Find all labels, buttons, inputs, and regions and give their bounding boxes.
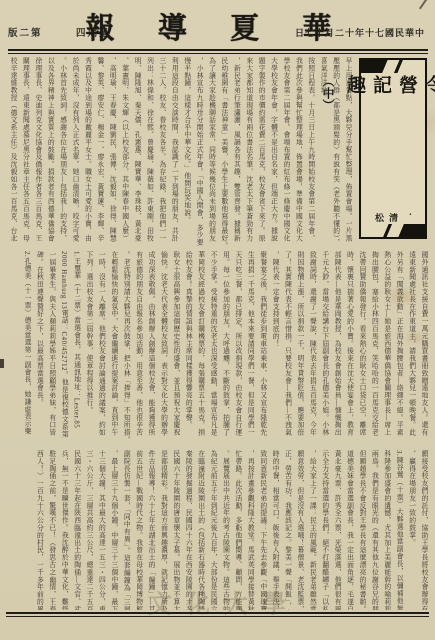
text-column: 關理事長、遠東新聞處慕尼黑分社章主任各五百馬克、母 xyxy=(18,57,30,248)
text-column: 遠東新聞處社長在作東道主，請我們大夥兒一頓晚餐。此 xyxy=(404,251,416,447)
text-column: 時，懷裏只揣著心愛的小寶。後來在沈大使宴會上，教育 xyxy=(342,251,354,447)
text-column: 願意效勞，但是沒有人選哦！幕僧景、老沈監票，公平公 xyxy=(293,450,305,610)
article-title-inner: 夏令營記趣（中） ．清松 xyxy=(361,73,425,224)
text-column: 下列：選出校友會第二屆幹事，使章程得以推行。 xyxy=(82,251,94,447)
text-column: 按照日程表，十月三日上午九時開始校友會第二屆年會， xyxy=(303,57,315,248)
text-column: ，新民老弟行筆瀟灑，風韻各有其趣，雙管齊發。據稱新 xyxy=(229,57,241,248)
text-column: 愉快。沈老大代表全體校友致詞，表示對文化大學的辦學 xyxy=(156,251,168,447)
text-column: 掏出腰包，塞給小林四百馬克，笑哈哈的一百馬克交給老 xyxy=(367,251,379,447)
text-column: 生再捐一千馬克，他本來要請同學們一餐，但是同學們一 xyxy=(243,251,255,447)
text-column: 但願趙學長不會反對王學長有這麼漂亮的秘書喲。要是知 xyxy=(355,450,367,610)
text-column: 為紀元前五千年到紀元後九百年，大部份是民國六十一年 xyxy=(206,450,218,610)
text-column: 校辛達維教授（德文系主任）及沈毅如各一百馬克、台北 xyxy=(8,57,18,248)
text-column: 學校友會第二屆年會。會場布置的紅布條一條慶中國文化 xyxy=(279,57,291,248)
text-column: 願接受校友們的託付，協助王學長將校友會辦得有聲有色 xyxy=(417,450,429,610)
text-column: 。展覽展出中共近年的考古陵園文物。這些古物的年代約 xyxy=(218,450,230,610)
article-title-box: 夏令營記趣（中） ．清松 xyxy=(359,58,427,239)
text-column: 為了讓大家趁機聊話家常，同時等候幾位尚未到場的朋友 xyxy=(204,57,216,248)
text-column: 前五世紀—戰國時代之物。我曾在母校華岡博物館看見過 xyxy=(131,450,143,610)
text-column: 三・六公斤，三層共高約三公尺，總重達二千五百公斤。 xyxy=(82,450,94,610)
text-column: 道德美妹會當選副會長，我一定出面角逐，毛遂自薦！ xyxy=(342,450,354,610)
text-column: 件古品報導！六十七年在湖北出土的「編鐘」—其為紀元 xyxy=(144,450,156,610)
text-column: 忙帶路。此次活動，多虧他們嚮導、顧問，方能順利達成 xyxy=(231,450,243,610)
top-double-rule xyxy=(8,49,428,54)
text-column: 外另有「聞義欲動」正在海外掏腰包者—絡繹不絕。平素 xyxy=(392,251,404,447)
text-column: 、高明瑜、王春慶、陳劉民、張傳、沈毅如、徐得、陳慧 xyxy=(105,57,117,248)
text-column: 明、陳隆旭、秦天儀、孔憲惠、陳寶華、李珠枝、黃北豪 xyxy=(130,57,142,248)
text-column: 秦陵的發掘過程、民國四十六年在西安陵園的十多座）及 xyxy=(181,450,193,610)
bottom-double-rule xyxy=(6,612,429,617)
text-column: 於尚未成年，沒有列入正式名單。她口齒清晰，咬字可愛 xyxy=(68,57,80,248)
text-column: 民幼稚園有「書法神童」美譽，小學生上要數他寫得最好。 xyxy=(217,57,229,248)
text-column: 不少手掌。受援特重的沈老太也深受感動，當場宣布凡是 xyxy=(206,251,218,447)
text-column: 民國六十三年起在陝西臨潼出土的陶俑—文官、武將、騎 xyxy=(69,450,81,610)
text-column: 2.孔德美（十一票）德美當選第一副會長，她謙虛表示樂 xyxy=(20,251,32,447)
text-column: 致謝詞時，還謝了一聲說，陳代表去年捐五百馬克，今年 xyxy=(305,251,317,447)
text-column: 則因物價上漲，所以捐款一千，明年貨幣貶值，應要加倍 xyxy=(293,251,305,447)
text-column: 華岡校友經過校友會訂購機票的，每張購票五十馬克，捐 xyxy=(193,251,205,447)
text-column: 致同意新民老弟的提議：下午先去參觀「中國瑰寶展覽」 xyxy=(255,450,267,610)
text-column: 成功深表敬佩。由林創辦人創辦這個校友會，能夠獲得所 xyxy=(144,251,156,447)
text-column: 碑。在秋田連聲贊好之下，以最高票當選會長。 xyxy=(32,251,44,447)
text-column: 耿女士很高興參加這個歷史性的盛會，並且預祝大家慶祝 xyxy=(168,251,180,447)
text-column: 在臨潼附近陵園出土的（包括新石器時代各種陶器，以及 xyxy=(193,450,205,610)
text-column: 科隆參加盛會的遺憾，尤其加上美麗能幹的喻莉莉，一石 xyxy=(379,450,391,610)
text-column: 用。每一位參加的朋友，大呼過癮，不斷的鼓掌，拍腫了 xyxy=(218,251,230,447)
text-column: ，陳代表一定會支持到底的！ xyxy=(268,251,280,447)
text-column: 是都很精彩。我對這方面興趣濃厚，就記憶力所及，提幾 xyxy=(156,450,168,610)
text-column: 了！其實陳代表不輕言惜捐，只要校友會—我們—不洩氣 xyxy=(280,251,292,447)
text-column: 徐理事長、史迪列克文化協會及僑報作者各三百馬克、王 xyxy=(30,57,42,248)
text-column: 早上用過餐點，大夥兒分手幫忙整理，佈置會場。一片黑 xyxy=(341,57,353,248)
text-column: ，再按計畫參觀科隆大教堂。馬武英同學接替黃秋田，幫 xyxy=(243,450,255,610)
text-column: 示全力支持當選的學長們，絕不打翻醋罈子「以私害公」 xyxy=(317,450,329,610)
text-column: 在輕鬆愉快的氣氛中，大會繼續進行提案討論，直到中午 xyxy=(106,251,118,447)
text-column: 千元大鈔，當場交給講台下屆副會長的孔德美小姐。小林 xyxy=(317,251,329,447)
article-title-text: 夏令營記趣 xyxy=(344,75,435,96)
text-column: 秀霞以及中途到場的戴麗平女士。職女士可愛的小寶，由 xyxy=(80,57,92,248)
text-column: 1.王璽華（十二票）當選會長，其通訊地址：Lester.85 xyxy=(69,251,81,447)
text-column: 聚餐宴之後，我們徒步到電車站乘車，小林又宣布隆乾先 xyxy=(255,251,267,447)
text-column: 以及各界精神上與實質上的鼓勵。捐款者有西德華僑協會 xyxy=(43,57,55,248)
text-column: 有旅德的朋友自由報名參加活動，用意至善，他也很辛苦 xyxy=(131,251,143,447)
masthead-header: 版二第 四期星 報 導 夏 華 日七十月二十年十七國民華中 xyxy=(0,0,435,50)
text-column: 題字製作的市價約需花費二百馬克，校友會省下來了。原 xyxy=(254,57,266,248)
newspaper-page: 版二第 四期星 報 導 夏 華 日七十月二十年十七國民華中 文化大學 夏令營記趣… xyxy=(0,0,435,640)
text-column: 。老沈特別請大夥兒再次鼓掌，把小林「捧得」不知所措。 xyxy=(119,251,131,447)
text-column: 大學校友會年會，字體不是出自名家，但端正大方。據說 xyxy=(266,57,278,248)
text-column: ，給大家上了一課：民主的風範。新民老弟雖然當場表示 xyxy=(305,450,317,610)
text-column: 駐足陶俑之前，驚嘆不已！（發思古之幽情，王春慶是陝 xyxy=(44,450,56,610)
text-column: ，最上層三十九個小鐘，中層三十三個中鐘，最下層則為 xyxy=(106,450,118,610)
text-column: 時的中餐，相當可口。飯後有人附議，舉手表決，大家一 xyxy=(268,450,280,610)
band-1-columns: 早上用過餐點，大夥兒分手幫忙整理，佈置會場。一片黑壓壓的人群（都是黑頭髮的）有說… xyxy=(8,57,353,248)
date-label: 日七十月二十年十七國民華中 xyxy=(295,26,425,39)
text-column: 利用這段自由交談時間，我認識了一下到場的朋友，共計 xyxy=(167,57,179,248)
text-column: 西人！）一百九十六公分的村民，一千多年前的風範。 xyxy=(32,450,44,610)
text-column: 民國六十年陵園的唐章懷太子墓。展出物並不算太多，但 xyxy=(168,450,180,610)
text-column: 一時，沒有一人離席。他們校友會討論通過的議案，約如 xyxy=(94,251,106,447)
text-column: 一屆畢業生，與夫人顏莉莉學姊平日照顧學弟妹，有口皆 xyxy=(44,251,56,447)
text-column: 天只吃三餐，都已排定，所以改捐現款，由校友會自行運 xyxy=(231,251,243,447)
text-column: 國外通訊社支援自費一萬元購買畫冊致贈遠地友人。還有 xyxy=(417,251,429,447)
text-column: 正，勞苦有功，我應該記之。黎美一聲「開飯」，喚來及 xyxy=(280,450,292,610)
text-column: 給校友會！真摯的情誼與林主席同樣獲得響亮的掌聲。 xyxy=(181,251,193,447)
text-column: 十三個大鐘，其中最大的高達一五三・四公分，重逾二〇 xyxy=(94,450,106,610)
text-column: 3.陳谷鶯（十票）大夥選他當副會長，以彌補他無法趕回 xyxy=(392,450,404,610)
text-column: 慢半點鐘，這樣才合乎中華文化。」他開玩笑地說。 xyxy=(179,57,191,248)
text-column: 來大家都知道現場有兩位書法名筆，沈老太下筆蒼勁有力 xyxy=(241,57,253,248)
text-column: 我們此次參與幫忙整理場地，佈置會場，準備中國文化大 xyxy=(291,57,303,248)
text-column: 部陳代表—他是華岡教授，為校友會創始會員—慷慨掏出 xyxy=(330,251,342,447)
text-column: 2000 Hamburg 13電話：C40/452712。他是復校德文系第 xyxy=(57,251,69,447)
text-column: 黃北豪九票、許秀全六票，光榮落選，他們很有風度地表 xyxy=(330,450,342,610)
text-column: 熱心公益的耿女士—她是旅西德華僑協會關理事長—席上 xyxy=(379,251,391,447)
text-column: 兩鳥。我們是有眼光的（還有其他九位謝谷兄的朋友）。 xyxy=(367,450,379,610)
article-author: ．清松 xyxy=(372,115,414,222)
ribbon-bottom-decoration xyxy=(361,224,425,237)
text-column: 馨、黎英、廖安仁、楊金一、廖永宏、黃寶蓮、李輝、辛 xyxy=(92,57,104,248)
text-column: 、葉憲明、朱文輝（以上校友部分，其中陳春中國人麼） xyxy=(117,57,129,248)
band-3-columns: 願接受校友們的託付，協助王學長將校友會辦得有聲有色，贏得在場朋友一致的鼓掌。3.… xyxy=(8,450,429,610)
text-column: 。小林首先致詞，感謝各位在場朋友—包括我—的支持， xyxy=(55,57,67,248)
text-column: ，贏得在場朋友一致的鼓掌。 xyxy=(404,450,416,610)
scan-edge-mark xyxy=(0,359,4,368)
ribbon-top-decoration xyxy=(361,60,425,73)
band-2-columns: 國外通訊社支援自費一萬元購買畫冊致贈遠地友人。還有遠東新聞處社長在作東道主，請我… xyxy=(8,251,429,447)
text-column: 壓壓的人群（都是黑頭髮的）有說有笑（老外聽不懂的）， xyxy=(328,57,340,248)
text-column: ，小林宣布九時卅分開始正式年會。「中國人開會，多少要 xyxy=(192,57,204,248)
text-column: 兵，無一不是曠世傑作。我沈醉於中華文化，難怪王春慶 xyxy=(57,450,69,610)
text-column: 三十二人，校友、眷校友各半。為存紀錄，我把他們一一 xyxy=(155,57,167,248)
text-column: 副院長仿製一套，「同中有異」。這套編鐘為「三層建築」 xyxy=(119,450,131,610)
text-column: 列出：林偉和、徐在熙、曾慶瑜、陳薇如、許東剛、田牧 xyxy=(142,57,154,248)
text-column: 喜氣洋洋地。 xyxy=(316,57,328,248)
band-1-section: 夏令營記趣（中） ．清松 早上用過餐點，大夥兒分手幫忙整理，佈置會場。一片黑壓壓… xyxy=(8,57,429,248)
text-column: 沈帶回贊助僑報發行。看來熱心的耿女士口袋已空，離席 xyxy=(355,251,367,447)
